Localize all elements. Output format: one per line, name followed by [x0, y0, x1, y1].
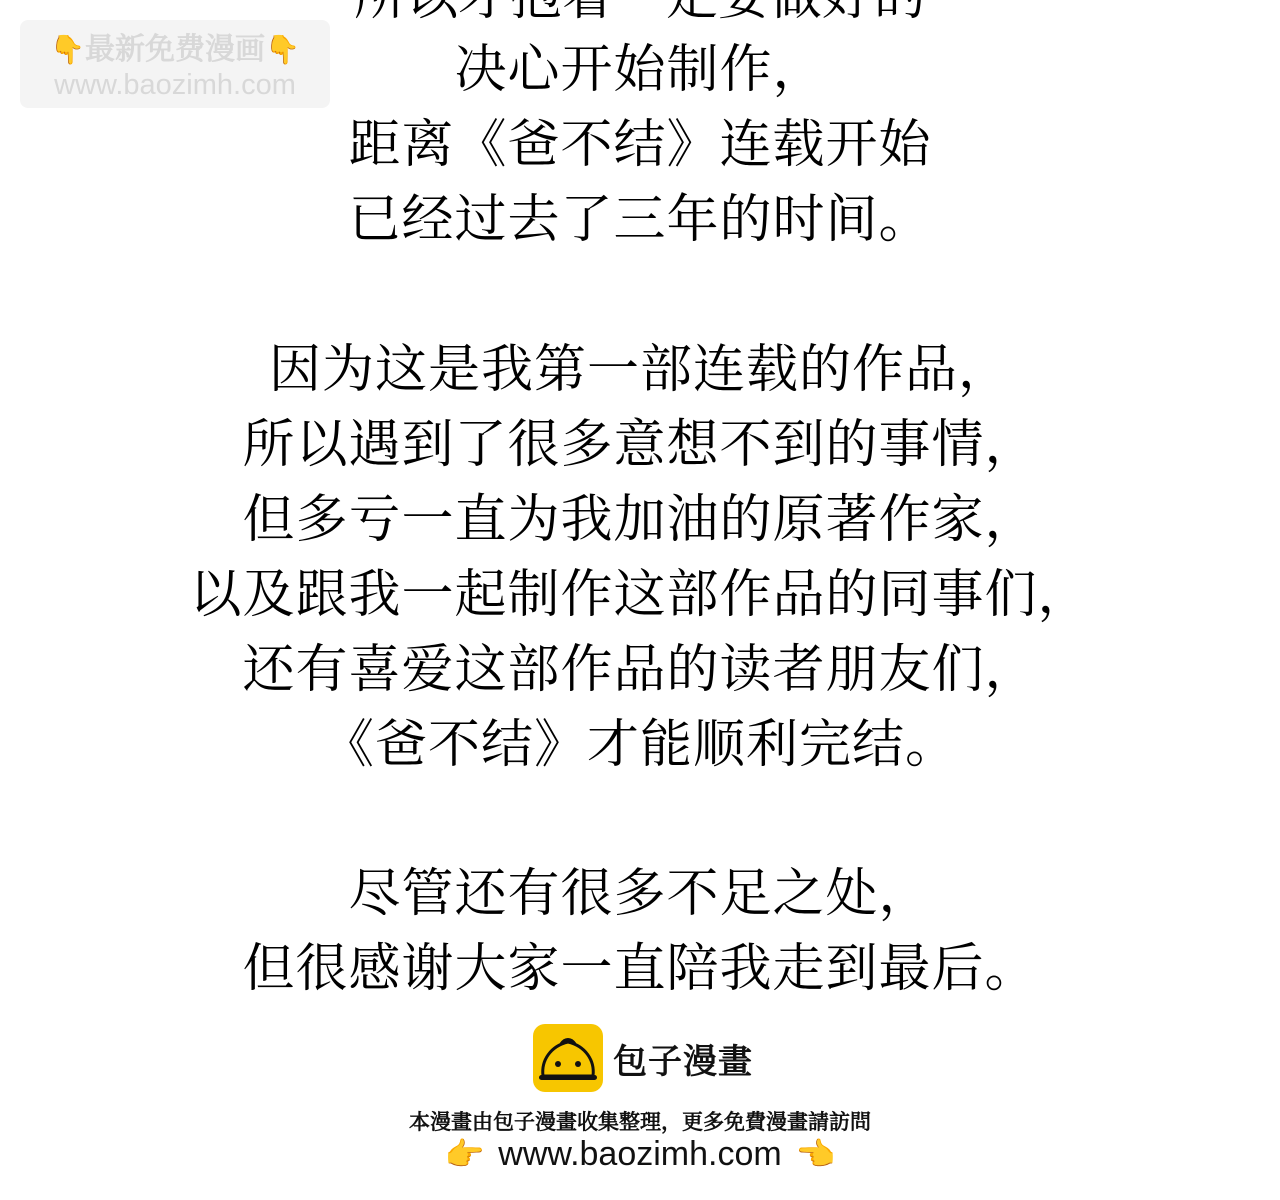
footer-note: 本漫畫由包子漫畫收集整理，更多免費漫畫請訪問 [0, 1106, 1280, 1136]
brand-name: 包子漫畫 [613, 1034, 753, 1083]
text-line: 以及跟我一起制作这部作品的同事们， [0, 558, 1280, 633]
text-line: 但很感谢大家一直陪我走到最后。 [0, 932, 1280, 1007]
text-line: 所以遇到了很多意想不到的事情， [0, 408, 1280, 483]
brand-block: 包子漫畫 [533, 1024, 753, 1092]
footer-url-link[interactable]: www.baozimh.com [498, 1135, 781, 1173]
text-line: 还有喜爱这部作品的读者朋友们， [0, 633, 1280, 708]
text-line: 但多亏一直为我加油的原著作家， [0, 483, 1280, 558]
text-line: 《爸不结》才能顺利完结。 [0, 708, 1280, 783]
pointing-left-hand-icon: 👈 [796, 1136, 836, 1172]
cut-off-text-line: 所以才抱着一定要做好的 [0, 0, 1280, 35]
paragraph-3: 尽管还有很多不足之处， 但很感谢大家一直陪我走到最后。 [0, 857, 1280, 1007]
baozi-bun-logo-icon [533, 1024, 603, 1092]
text-line: 距离《爸不结》连载开始 [0, 108, 1280, 183]
text-line: 已经过去了三年的时间。 [0, 183, 1280, 258]
text-line: 尽管还有很多不足之处， [0, 857, 1280, 932]
text-line: 因为这是我第一部连载的作品， [0, 333, 1280, 408]
paragraph-1: 决心开始制作， 距离《爸不结》连载开始 已经过去了三年的时间。 [0, 33, 1280, 258]
footer-url-row: 👉www.baozimh.com👈 [0, 1135, 1280, 1174]
paragraph-2: 因为这是我第一部连载的作品， 所以遇到了很多意想不到的事情， 但多亏一直为我加油… [0, 333, 1280, 783]
pointing-right-hand-icon: 👉 [444, 1136, 484, 1172]
text-line: 决心开始制作， [0, 33, 1280, 108]
